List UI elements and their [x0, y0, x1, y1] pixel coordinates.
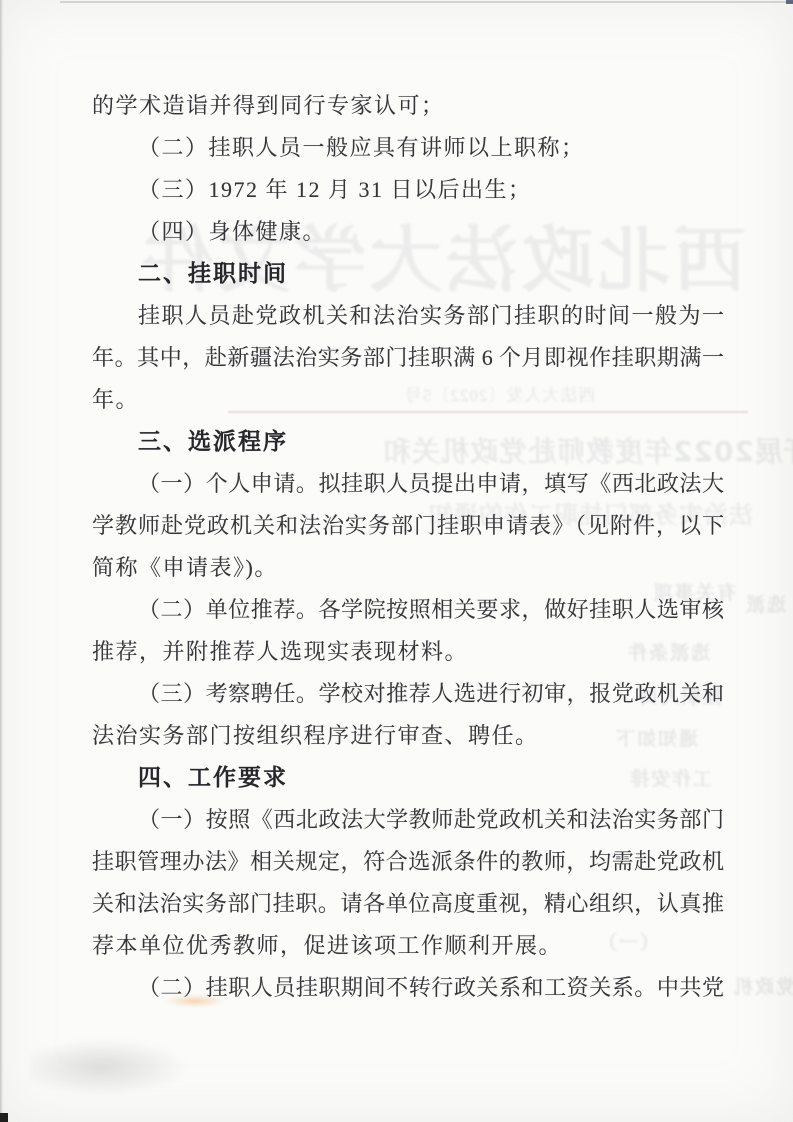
document-body: 的学术造诣并得到同行专家认可； （二）挂职人员一般应具有讲师以上职称； （三）1…: [92, 85, 724, 1009]
section-heading: 二、挂职时间: [92, 253, 724, 295]
scan-edge-shadow-left: [0, 0, 4, 1122]
scan-corner-mark: [786, 0, 793, 4]
text-line: 年。: [92, 379, 724, 421]
text-line: （一）个人申请。拟挂职人员提出申请，填写《西北政法大: [92, 463, 724, 505]
bleed-text-fragment: 党政机: [732, 972, 793, 999]
text-line: 法治实务部门按组织程序进行审查、聘任。: [92, 715, 724, 757]
text-line: （四）身体健康。: [92, 211, 724, 253]
text-line: 简称《申请表》)。: [92, 547, 724, 589]
section-heading: 三、选派程序: [92, 421, 724, 463]
text-line: 推荐，并附推荐人选现实表现材料。: [92, 631, 724, 673]
text-line: （二）单位推荐。各学院按照相关要求，做好挂职人选审核: [92, 589, 724, 631]
text-line: 挂职管理办法》相关规定，符合选派条件的教师，均需赴党政机: [92, 841, 724, 883]
text-line: 荐本单位优秀教师，促进该项工作顺利开展。: [92, 925, 724, 967]
text-line: （三）考察聘任。学校对推荐人选进行初审，报党政机关和: [92, 673, 724, 715]
text-line: 的学术造诣并得到同行专家认可；: [92, 85, 724, 127]
text-line: 关和法治实务部门挂职。请各单位高度重视，精心组织，认真推: [92, 883, 724, 925]
text-line: （三）1972 年 12 月 31 日以后出生；: [92, 169, 724, 211]
text-line: （二）挂职人员一般应具有讲师以上职称；: [92, 127, 724, 169]
text-line: 年。其中，赴新疆法治实务部门挂职满 6 个月即视作挂职期满一: [92, 337, 724, 379]
scan-corner-mark: [0, 1113, 8, 1122]
scan-edge-line-top: [60, 1, 793, 3]
scanned-document-page: 西北政法大学文件 西法大人发〔2022〕5号 关于开展2022年度教师赴党政机关…: [0, 0, 793, 1122]
text-line: 学教师赴党政机关和法治实务部门挂职申请表》（见附件，以下: [92, 505, 724, 547]
scan-smudge: [165, 995, 225, 1007]
scan-smudge: [30, 1038, 190, 1096]
bleed-text-fragment: 选派: [744, 590, 786, 617]
text-line: 挂职人员赴党政机关和法治实务部门挂职的时间一般为一: [92, 295, 724, 337]
text-line: （一）按照《西北政法大学教师赴党政机关和法治实务部门: [92, 799, 724, 841]
section-heading: 四、工作要求: [92, 757, 724, 799]
